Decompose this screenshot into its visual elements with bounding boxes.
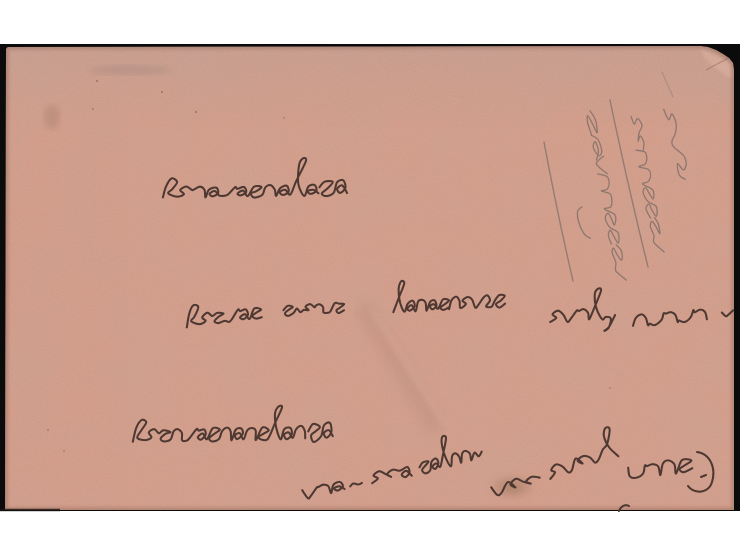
stamp-smudge	[90, 65, 170, 75]
speck	[92, 108, 94, 110]
speck	[283, 117, 284, 118]
speck	[47, 429, 49, 431]
speck	[609, 387, 610, 388]
paper-grain	[0, 44, 740, 514]
speck	[195, 111, 197, 113]
scanned-document: Pencil figures, column 1 (rightmost) Pen…	[0, 0, 740, 557]
speck	[63, 450, 64, 451]
paper-texture	[0, 44, 740, 514]
speck	[161, 91, 163, 93]
speck	[96, 80, 98, 82]
left-smudge	[44, 105, 60, 129]
